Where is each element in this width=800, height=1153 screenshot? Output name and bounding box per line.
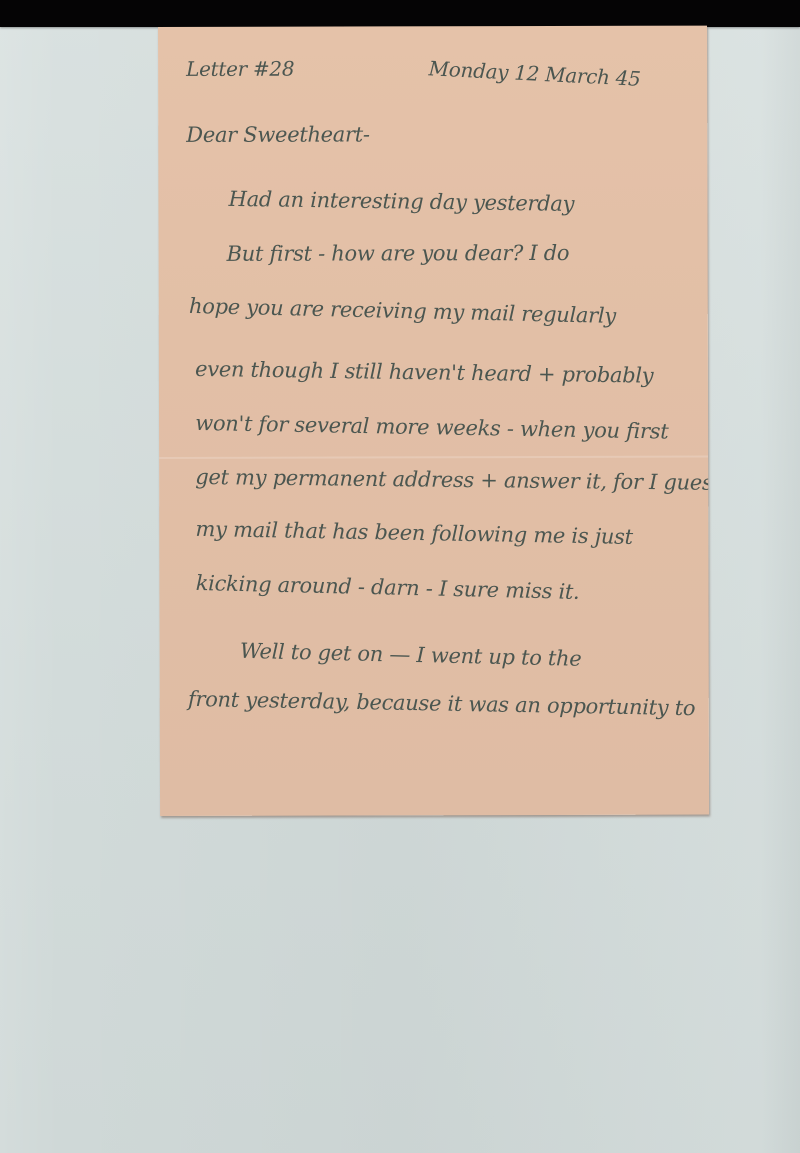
letter-page: Letter #28 Monday 12 March 45 Dear Sweet… <box>158 26 709 816</box>
salutation: Dear Sweetheart- <box>186 122 369 146</box>
scanner-lid-edge <box>0 0 800 27</box>
letter-number: Letter #28 <box>186 57 294 81</box>
letter-line: front yesterday, because it was an oppor… <box>188 687 696 720</box>
letter-date: Monday 12 March 45 <box>428 56 641 91</box>
letter-line: get my permanent address + answer it, fo… <box>195 465 709 495</box>
letter-line: But first - how are you dear? I do <box>227 241 570 266</box>
letter-line: even though I still haven't heard + prob… <box>195 357 654 388</box>
letter-line: kicking around - darn - I sure miss it. <box>195 571 579 604</box>
letter-line: my mail that has been following me is ju… <box>195 517 633 549</box>
letter-line: Well to get on — I went up to the <box>240 639 582 671</box>
letter-line: won't for several more weeks - when you … <box>195 411 669 444</box>
letter-line: Had an interesting day yesterday <box>228 187 574 216</box>
letter-line: hope you are receiving my mail regularly <box>189 294 616 328</box>
